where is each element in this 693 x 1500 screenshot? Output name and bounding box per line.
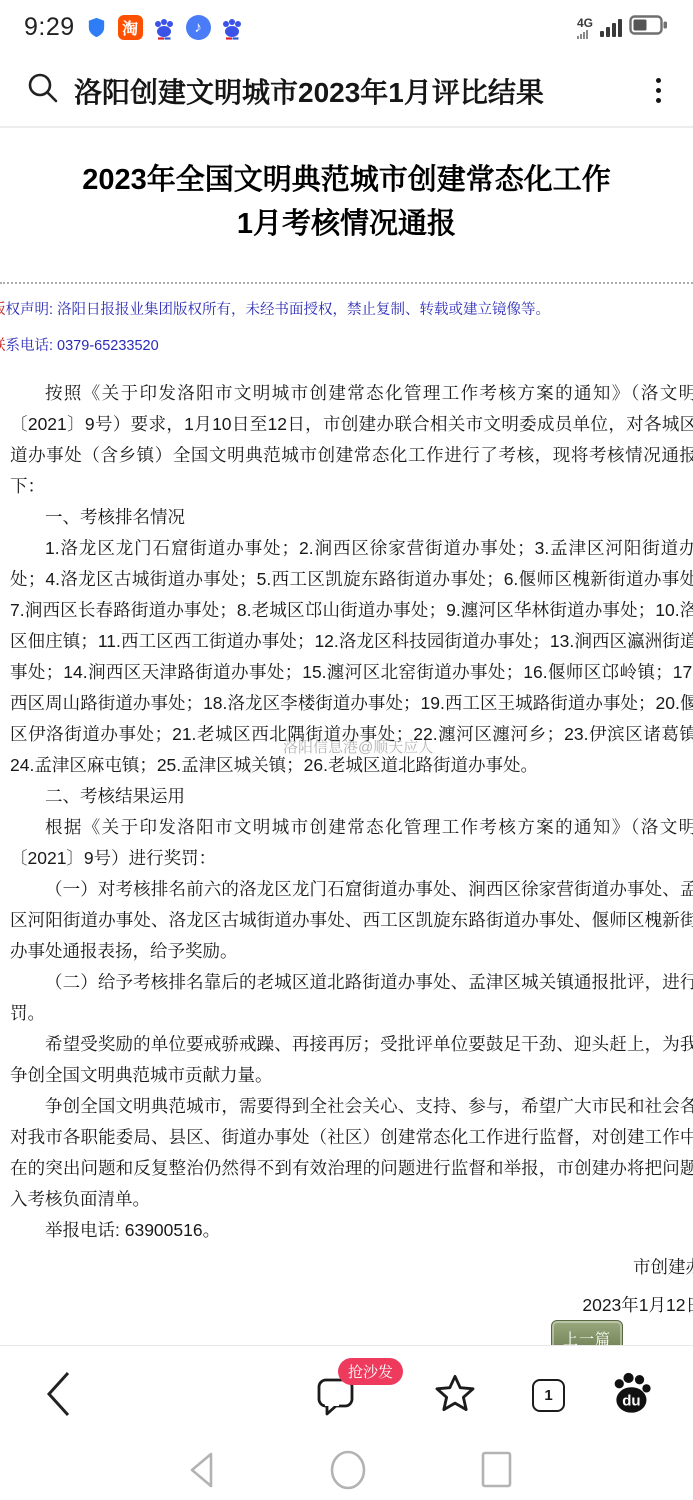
baidu-logo-text: du (622, 1393, 640, 1410)
paragraph: （二）给予考核排名靠后的老城区道北路街道办事处、孟津区城关镇通报批评，进行处罚。 (10, 967, 693, 1029)
tab-count-value: 1 (544, 1387, 552, 1404)
paragraph: 举报电话: 63900516。 (10, 1215, 693, 1246)
contact-phone-text: 系电话: 0379-65233520 (6, 338, 159, 354)
watermark-text: 洛阳信息港@顺天应人 (283, 736, 433, 757)
paragraph: 希望受奖励的单位要戒骄戒躁、再接再厉；受批评单位要鼓足干劲、迎头赶上，为我市争创… (10, 1029, 693, 1091)
article-title: 2023年全国文明典范城市创建常态化工作 1月考核情况通报 (10, 158, 683, 246)
signal-bars-icon (600, 18, 622, 37)
search-icon (26, 71, 60, 110)
search-query-text[interactable]: 洛阳创建文明城市2023年1月评比结果 (74, 71, 636, 111)
network-type-label: 4G (577, 17, 593, 39)
tab-count-button[interactable]: 1 (532, 1379, 565, 1412)
paragraph: 按照《关于印发洛阳市文明城市创建常态化管理工作考核方案的通知》（洛文明委〔202… (10, 378, 693, 502)
baidu-app-icon (152, 15, 177, 40)
section-heading: 一、考核排名情况 (10, 502, 693, 533)
contact-phone-line: 联系电话: 0379-65233520 (0, 328, 693, 364)
dotted-divider (0, 282, 693, 284)
copyright-notice: 版权声明: 洛阳日报报业集团版权所有，未经书面授权，禁止复制、转载或建立镜像等。… (0, 292, 693, 364)
nav-home-icon[interactable] (328, 1448, 368, 1497)
browser-toolbar: 抢沙发 1 du (0, 1345, 693, 1441)
taobao-icon: 淘 (118, 15, 143, 40)
favorite-star-icon[interactable] (434, 1372, 476, 1419)
signature-date: 2023年1月12日 (10, 1286, 693, 1324)
baidu-app-icon-2 (220, 15, 245, 40)
paragraph: （一）对考核排名前六的洛龙区龙门石窟街道办事处、涧西区徐家营街道办事处、孟津区河… (10, 874, 693, 967)
signature-block: 市创建办 2023年1月12日 (10, 1248, 693, 1324)
sofa-badge[interactable]: 抢沙发 (338, 1358, 403, 1385)
article-title-line2: 1月考核情况通报 (10, 202, 683, 246)
back-chevron-icon[interactable] (40, 1368, 76, 1425)
kebab-menu-icon[interactable] (650, 74, 667, 107)
nav-back-icon[interactable] (187, 1449, 217, 1496)
battery-icon (629, 14, 669, 41)
nav-recents-icon[interactable] (480, 1450, 514, 1495)
article-title-line1: 2023年全国文明典范城市创建常态化工作 (10, 158, 683, 202)
section-heading: 二、考核结果运用 (10, 781, 693, 812)
shield-icon (84, 15, 109, 40)
music-icon: ♪ (186, 15, 211, 40)
signature-org: 市创建办 (10, 1248, 693, 1286)
copyright-line: 版权声明: 洛阳日报报业集团版权所有，未经书面授权，禁止复制、转载或建立镜像等。 (0, 292, 693, 328)
search-bar[interactable]: 洛阳创建文明城市2023年1月评比结果 (0, 55, 693, 128)
baidu-logo-icon[interactable]: du (612, 1371, 652, 1420)
article-body: 按照《关于印发洛阳市文明城市创建常态化管理工作考核方案的通知》（洛文明委〔202… (10, 378, 693, 1246)
mobile-browser-screen: 9:29 淘 ♪ 4G (0, 0, 693, 1500)
copyright-text: 权声明: 洛阳日报报业集团版权所有，未经书面授权，禁止复制、转载或建立镜像等。 (6, 302, 551, 318)
status-bar: 9:29 淘 ♪ 4G (0, 0, 693, 55)
paragraph: 根据《关于印发洛阳市文明城市创建常态化管理工作考核方案的通知》（洛文明委〔202… (10, 812, 693, 874)
android-nav-bar (0, 1440, 693, 1500)
clock-time: 9:29 (24, 13, 75, 42)
paragraph: 争创全国文明典范城市，需要得到全社会关心、支持、参与，希望广大市民和社会各界对我… (10, 1091, 693, 1215)
